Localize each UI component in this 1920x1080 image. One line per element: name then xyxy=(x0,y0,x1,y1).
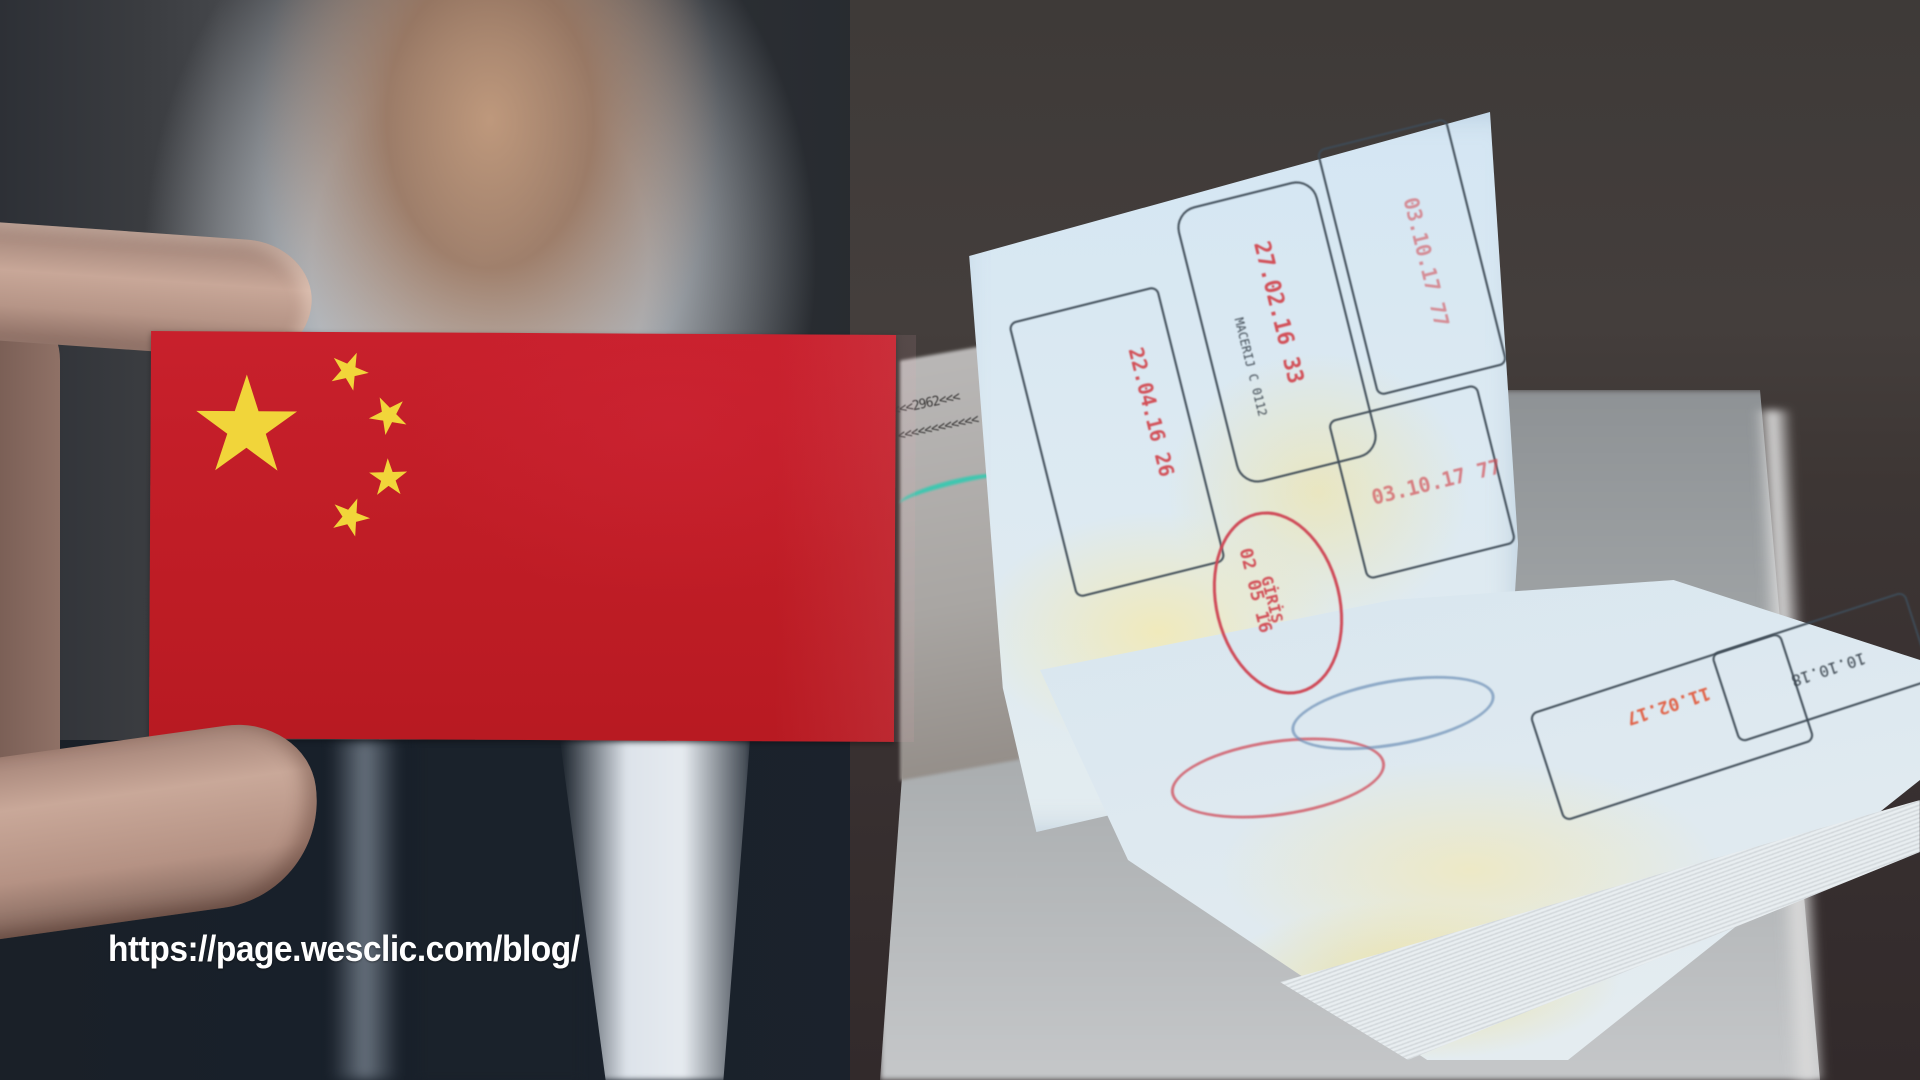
small-star-icon xyxy=(363,453,414,504)
photo-scene: <<<2962<<< <<<<<<<<<<<< 22.04.16 26 27.0… xyxy=(0,0,1920,1080)
flag-sheen xyxy=(774,334,916,742)
small-star-icon xyxy=(323,345,376,398)
small-star-icon xyxy=(360,387,417,444)
china-flag-card xyxy=(149,331,896,742)
blog-url-caption: https://page.wesclic.com/blog/ xyxy=(108,928,580,970)
large-star-icon xyxy=(190,374,303,481)
shirt-highlight xyxy=(330,740,400,1080)
necktie xyxy=(420,740,580,1080)
small-star-icon xyxy=(324,491,376,543)
